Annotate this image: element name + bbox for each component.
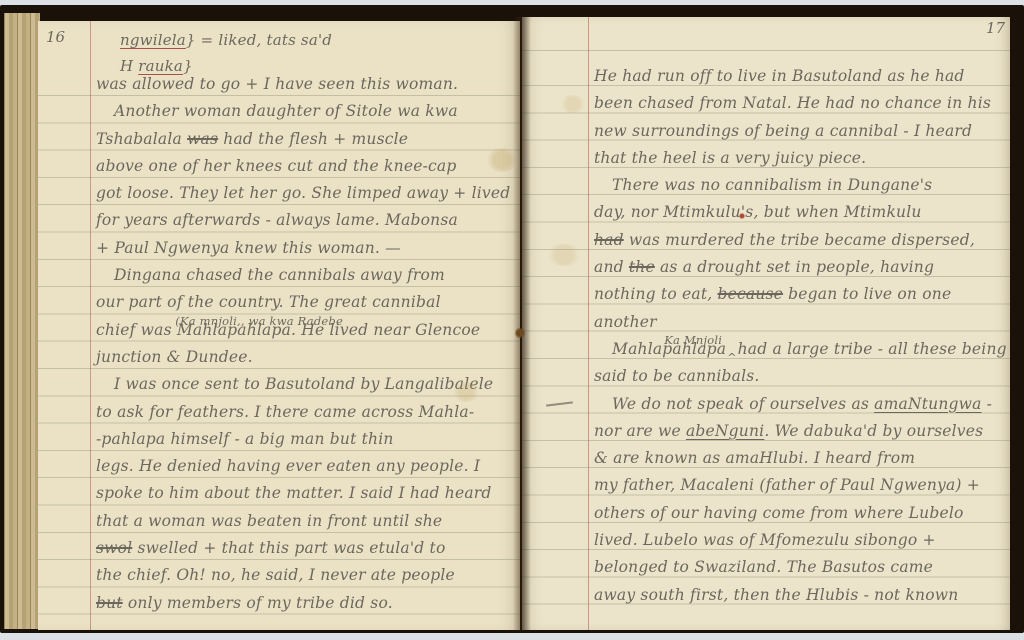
left-page: 16 ngwilela} = liked, tats sa'dH rauka} …	[38, 21, 520, 630]
handwriting-line: was allowed to go + I have seen this wom…	[96, 70, 516, 97]
handwriting-line: Dingana chased the cannibals away from	[96, 261, 516, 288]
hw-text: legs. He denied having ever eaten any pe…	[96, 457, 480, 475]
hw-text: Dingana chased the cannibals away from	[114, 266, 445, 284]
handwriting-line: chief was Mahlap(Ka mnjoli,, wa kwa Rade…	[96, 316, 516, 343]
hw-text: I was once sent to Basutoland by Langali…	[114, 375, 493, 393]
handwriting-line: to ask for feathers. I there came across…	[96, 398, 516, 425]
hw-text: -	[982, 395, 993, 413]
hw-strike: had	[594, 231, 624, 249]
handwriting-line: that a woman was beaten in front until s…	[96, 507, 516, 534]
hw-strike: swol	[96, 539, 132, 557]
hw-underline: abeNguni	[686, 422, 764, 440]
hw-strike: because	[718, 285, 784, 303]
red-margin-line	[588, 17, 589, 630]
hw-text: away south first, then the Hlubis - not …	[594, 586, 958, 604]
hw-text: was murdered the tribe became dispersed,	[624, 231, 975, 249]
hw-text: nor are we	[594, 422, 686, 440]
handwriting-line: nothing to eat, because began to live on…	[594, 280, 1008, 307]
hw-text: only members of my tribe did so.	[123, 594, 393, 612]
handwriting-line: had was murdered the tribe became disper…	[594, 226, 1008, 253]
hw-underline-red: ngwilela	[120, 31, 186, 49]
hw-text: new surroundings of being a cannibal - I…	[594, 122, 972, 140]
hw-text: spoke to him about the matter. I said I …	[96, 484, 492, 502]
page-edge-stack	[4, 13, 40, 629]
hw-text: belonged to Swaziland. The Basutos came	[594, 558, 933, 576]
hw-text: the chief. Oh! no, he said, I never ate …	[96, 566, 455, 584]
hw-text: another	[594, 313, 657, 331]
handwriting-line: the chief. Oh! no, he said, I never ate …	[96, 561, 516, 588]
hw-text: had a large tribe - all these being	[738, 340, 1007, 358]
handwriting-line: others of our having come from where Lub…	[594, 499, 1008, 526]
handwriting-line: my father, Macaleni (father of Paul Ngwe…	[594, 471, 1008, 498]
hw-text: got loose. They let her go. She limped a…	[96, 184, 510, 202]
handwriting-line: lived. Lubelo was of Mfomezulu sibongo +	[594, 526, 1008, 553]
hw-strike: was	[187, 130, 218, 148]
hw-text: There was no cannibalism in Dungane's	[612, 176, 932, 194]
hw-text: lived. Lubelo was of Mfomezulu sibongo +	[594, 531, 936, 549]
top-margin-line	[522, 50, 1010, 51]
hw-text: swelled + that this part was etula'd to	[132, 539, 445, 557]
right-page: 17 He had run off to live in Basutoland …	[522, 17, 1010, 630]
hw-text: day, nor Mtimkulu's, but when Mtimkulu	[594, 203, 922, 221]
right-page-text: He had run off to live in Basutoland as …	[594, 62, 1008, 608]
handwriting-line: and the as a drought set in people, havi…	[594, 253, 1008, 280]
hw-text: our part of the country. The great canni…	[96, 293, 441, 311]
hw-text: + Paul Ngwenya knew this woman. —	[96, 239, 401, 257]
hw-text: nothing to eat,	[594, 285, 718, 303]
handwriting-line: MahlapahlapaKa Mnjoli^had a large tribe …	[594, 335, 1008, 362]
hw-text: as a drought set in people, having	[655, 258, 934, 276]
handwriting-line: He had run off to live in Basutoland as …	[594, 62, 1008, 89]
hw-text: -pahlapa himself - a big man but thin	[96, 430, 394, 448]
left-page-text: was allowed to go + I have seen this wom…	[96, 70, 516, 616]
handwriting-line: away south first, then the Hlubis - not …	[594, 581, 1008, 608]
page-number-right: 17	[986, 19, 1005, 37]
handwriting-line: spoke to him about the matter. I said I …	[96, 479, 516, 506]
handwriting-line: that the heel is a very juicy piece.	[594, 144, 1008, 171]
handwriting-line: We do not speak of ourselves as amaNtung…	[594, 390, 1008, 417]
hw-strike: but	[96, 594, 123, 612]
hw-text: been chased from Natal. He had no chance…	[594, 94, 991, 112]
handwriting-line: our part of the country. The great canni…	[96, 288, 516, 315]
hw-text: junction & Dundee.	[96, 348, 253, 366]
hw-text: } = liked, tats sa'd	[186, 31, 332, 49]
hw-text: began to live on one	[783, 285, 951, 303]
hw-text: for years afterwards - always lame. Mabo…	[96, 211, 458, 229]
handwriting-line: new surroundings of being a cannibal - I…	[594, 117, 1008, 144]
hw-text: above one of her knees cut and the knee-…	[96, 157, 456, 175]
red-margin-line	[90, 21, 91, 630]
handwriting-line: for years afterwards - always lame. Mabo…	[96, 206, 516, 233]
hw-text: had the flesh + muscle	[218, 130, 408, 148]
hw-text: said to be cannibals.	[594, 367, 760, 385]
handwriting-line: been chased from Natal. He had no chance…	[594, 89, 1008, 116]
hw-text: and	[594, 258, 629, 276]
hw-text: & are known as amaHlubi. I heard from	[594, 449, 915, 467]
handwriting-line: There was no cannibalism in Dungane's	[594, 171, 1008, 198]
hw-text: others of our having come from where Lub…	[594, 504, 964, 522]
hw-strike: the	[629, 258, 655, 276]
handwriting-line: nor are we abeNguni. We dabuka'd by ours…	[594, 417, 1008, 444]
handwriting-line: above one of her knees cut and the knee-…	[96, 152, 516, 179]
hw-text: Another woman daughter of Sitole wa kwa	[114, 102, 458, 120]
notebook-photo: { "colors":{ "background":"#dce1e6","boo…	[0, 0, 1024, 640]
handwriting-line: junction & Dundee.	[96, 343, 516, 370]
hw-text: to ask for feathers. I there came across…	[96, 403, 474, 421]
handwriting-line: belonged to Swaziland. The Basutos came	[594, 553, 1008, 580]
hw-text: Tshabalala	[96, 130, 187, 148]
handwriting-line: another	[594, 308, 1008, 335]
hw-text: . We dabuka'd by ourselves	[764, 422, 983, 440]
handwriting-line: Tshabalala was had the flesh + muscle	[96, 125, 516, 152]
hw-text: We do not speak of ourselves as	[612, 395, 874, 413]
hw-text: that a woman was beaten in front until s…	[96, 512, 442, 530]
handwriting-line: day, nor Mtimkulu's, but when Mtimkulu	[594, 198, 1008, 225]
interlinear-annotation: (Ka mnjoli,, wa kwa Radebe	[175, 315, 343, 327]
page-number-left: 16	[46, 28, 65, 46]
hw-text: my father, Macaleni (father of Paul Ngwe…	[594, 476, 980, 494]
handwriting-line: but only members of my tribe did so.	[96, 589, 516, 616]
handwriting-line: ngwilela} = liked, tats sa'd	[120, 27, 332, 53]
handwriting-line: got loose. They let her go. She limped a…	[96, 179, 516, 206]
handwriting-line: & are known as amaHlubi. I heard from	[594, 444, 1008, 471]
hw-text: that the heel is a very juicy piece.	[594, 149, 866, 167]
interlinear-annotation: Ka Mnjoli	[664, 334, 722, 346]
handwriting-line: legs. He denied having ever eaten any pe…	[96, 452, 516, 479]
hw-text: He had run off to live in Basutoland as …	[594, 67, 965, 85]
handwriting-line: swol swelled + that this part was etula'…	[96, 534, 516, 561]
handwriting-line: said to be cannibals.	[594, 362, 1008, 389]
handwriting-line: I was once sent to Basutoland by Langali…	[96, 370, 516, 397]
handwriting-line: Another woman daughter of Sitole wa kwa	[96, 97, 516, 124]
hw-underline: amaNtungwa	[874, 395, 981, 413]
hw-text: was allowed to go + I have seen this wom…	[96, 75, 458, 93]
handwriting-line: -pahlapa himself - a big man but thin	[96, 425, 516, 452]
handwriting-line: + Paul Ngwenya knew this woman. —	[96, 234, 516, 261]
